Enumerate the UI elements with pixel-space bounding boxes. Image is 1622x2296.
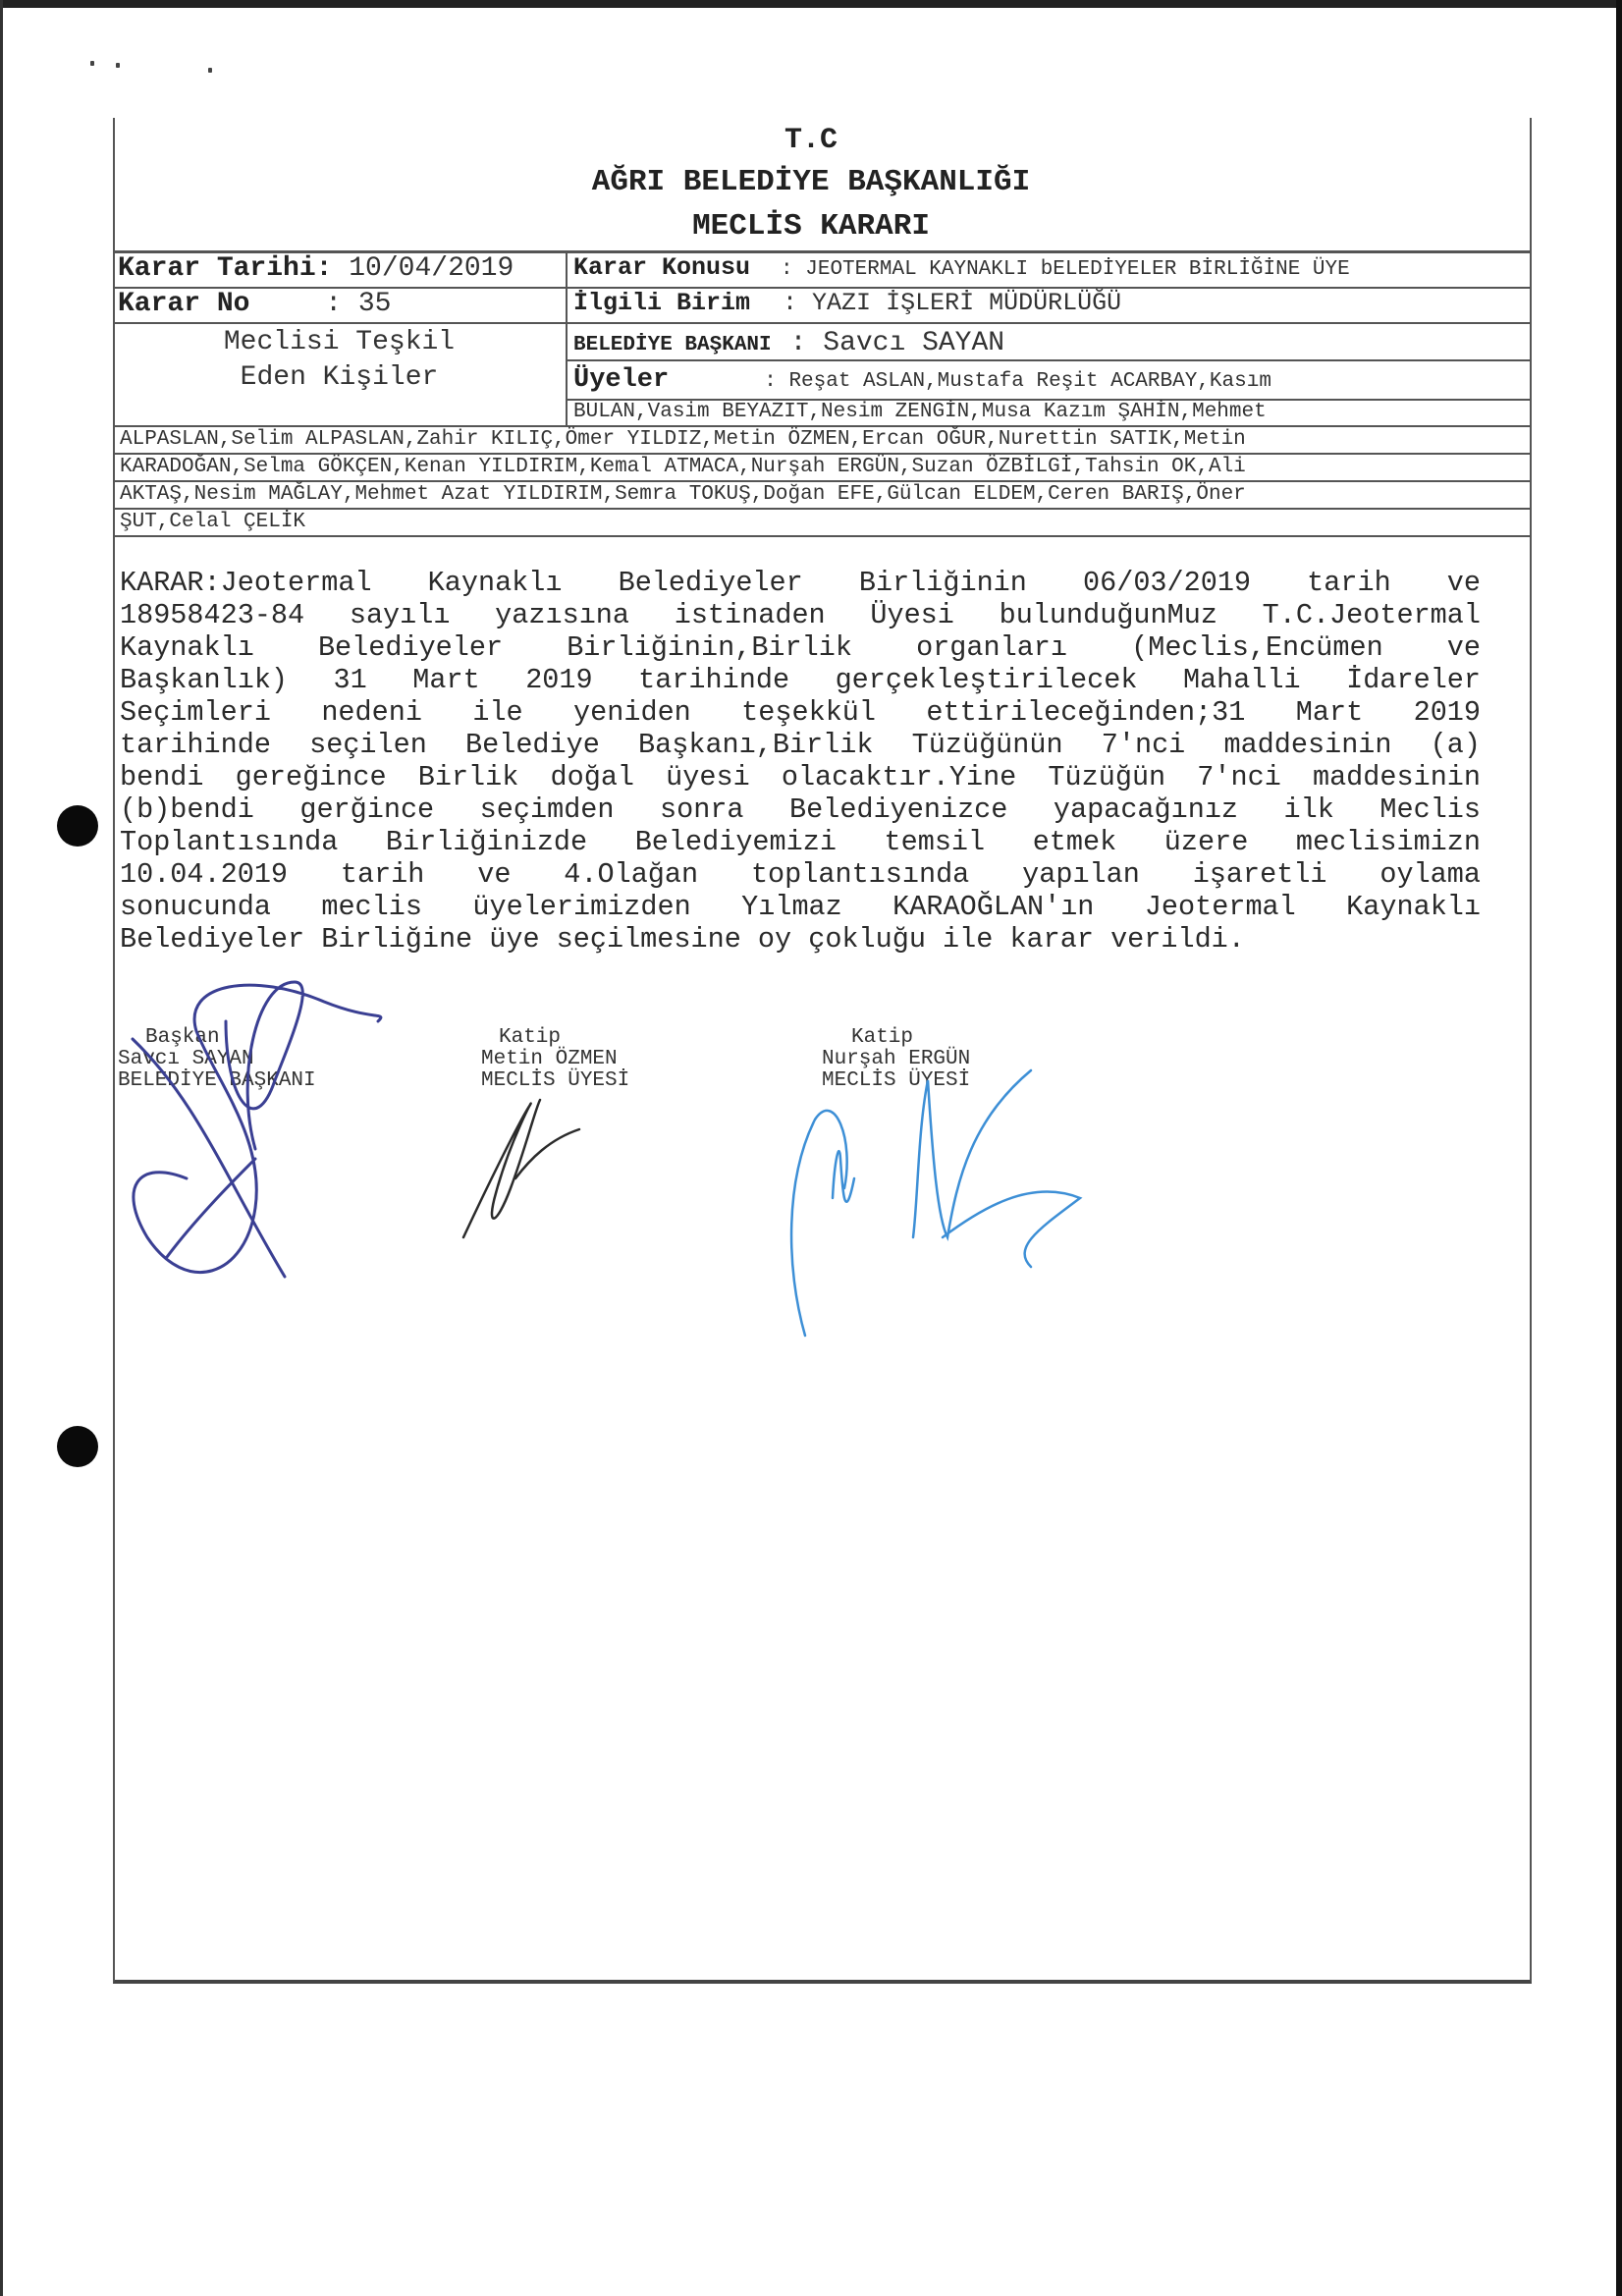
decision-line: tarihinde seçilen Belediye Başkanı,Birli… [120, 729, 1481, 761]
header-municipality: AĞRI BELEDİYE BAŞKANLIĞI [0, 165, 1622, 199]
signature-role-katip-1: Katip [499, 1027, 561, 1049]
signature-name-katip-2: Nurşah ERGÜN [822, 1049, 970, 1070]
karar-konusu-value: : JEOTERMAL KAYNAKLI bELEDİYELER BİRLİĞİ… [781, 258, 1350, 281]
karar-no-label: Karar No [118, 289, 249, 319]
table-border [113, 322, 1532, 324]
punch-hole [57, 805, 98, 847]
belediye-baskani: BELEDİYE BAŞKANI : Savcı SAYAN [573, 328, 1004, 358]
uyeler: Üyeler : Reşat ASLAN,Mustafa Reşit ACARB… [573, 365, 1271, 395]
signature-name-katip-1: Metin ÖZMEN [481, 1049, 618, 1070]
ilgili-birim-label: İlgili Birim [573, 289, 750, 317]
table-border [113, 453, 1532, 455]
punch-hole [57, 1426, 98, 1467]
table-border [113, 508, 1532, 510]
decision-line: 18958423-84 sayılı yazısına istinaden Üy… [120, 599, 1481, 631]
signature-title-baskan: BELEDİYE BAŞKANI [118, 1070, 316, 1092]
uyeler-row: KARADOĞAN,Selma GÖKÇEN,Kenan YILDIRIM,Ke… [120, 456, 1246, 478]
decision-line: sonucunda meclis üyelerimizden Yılmaz KA… [120, 891, 1481, 923]
ilgili-birim-value: : YAZI İŞLERİ MÜDÜRLÜĞÜ [783, 289, 1121, 317]
uyeler-label: Üyeler [573, 365, 669, 395]
decision-line: (b)bendi gerğince seçimden sonra Belediy… [120, 793, 1481, 826]
decision-line: Kaynaklı Belediyeler Birliğinin,Birlik o… [120, 631, 1481, 664]
signature-title-katip-2: MECLİS ÜYESİ [822, 1070, 970, 1092]
table-border [113, 480, 1532, 482]
scan-edge-right [1616, 0, 1622, 2296]
decision-line: Seçimleri nedeni ile yeniden teşekkül et… [120, 696, 1481, 729]
signature-role-baskan: Başkan [145, 1027, 220, 1049]
scan-speck [208, 68, 212, 73]
scan-edge-top [0, 0, 1622, 8]
table-border [566, 250, 568, 425]
meclis-label-2: Eden Kişiler [113, 362, 566, 393]
decision-line: Toplantısında Birliğinizde Belediyemizi … [120, 826, 1481, 858]
karar-tarihi-value: 10/04/2019 [349, 253, 514, 284]
karar-tarihi: Karar Tarihi: 10/04/2019 [118, 253, 514, 284]
karar-no: Karar No : 35 [118, 289, 391, 319]
karar-no-value: : 35 [325, 289, 391, 319]
decision-line: Belediyeler Birliğine üye seçilmesine oy… [120, 923, 1481, 956]
karar-konusu-label: Karar Konusu [573, 253, 750, 282]
decision-line: bendi gereğince Birlik doğal üyesi olaca… [120, 761, 1481, 793]
baskan-label: BELEDİYE BAŞKANI [573, 334, 772, 356]
decision-line: 10.04.2019 tarih ve 4.Olağan toplantısın… [120, 858, 1481, 891]
table-border [113, 535, 1532, 537]
header-document-type: MECLİS KARARI [0, 209, 1622, 244]
scan-edge-left [0, 0, 3, 2296]
decision-text: KARAR:Jeotermal Kaynaklı Belediyeler Bir… [120, 567, 1481, 956]
uyeler-line-2: BULAN,Vasim BEYAZIT,Nesim ZENGİN,Musa Ka… [573, 401, 1267, 423]
uyeler-line-1: : Reşat ASLAN,Mustafa Reşit ACARBAY,Kası… [764, 370, 1271, 393]
scan-speck [116, 63, 120, 68]
karar-tarihi-label: Karar Tarihi: [118, 253, 332, 284]
header-tc: T.C [0, 124, 1622, 157]
meclis-label-1: Meclisi Teşkil [113, 327, 566, 357]
uyeler-row: ŞUT,Celal ÇELİK [120, 511, 305, 533]
signature-name-baskan: Savcı SAYAN [118, 1049, 254, 1070]
signature-title-katip-1: MECLİS ÜYESİ [481, 1070, 629, 1092]
scan-speck [90, 61, 94, 66]
decision-line: Başkanlık) 31 Mart 2019 tarihinde gerçek… [120, 664, 1481, 696]
table-border [113, 425, 1532, 427]
uyeler-row: ALPASLAN,Selim ALPASLAN,Zahir KILIÇ,Ömer… [120, 428, 1246, 451]
uyeler-row: AKTAŞ,Nesim MAĞLAY,Mehmet Azat YILDIRIM,… [120, 483, 1246, 506]
decision-line: KARAR:Jeotermal Kaynaklı Belediyeler Bir… [120, 567, 1481, 599]
ilgili-birim: İlgili Birim : YAZI İŞLERİ MÜDÜRLÜĞÜ [573, 289, 1121, 317]
signature-role-katip-2: Katip [851, 1027, 913, 1049]
table-border [568, 359, 1532, 361]
karar-konusu: Karar Konusu : JEOTERMAL KAYNAKLI bELEDİ… [573, 253, 1350, 282]
baskan-value: : Savcı SAYAN [790, 328, 1004, 358]
